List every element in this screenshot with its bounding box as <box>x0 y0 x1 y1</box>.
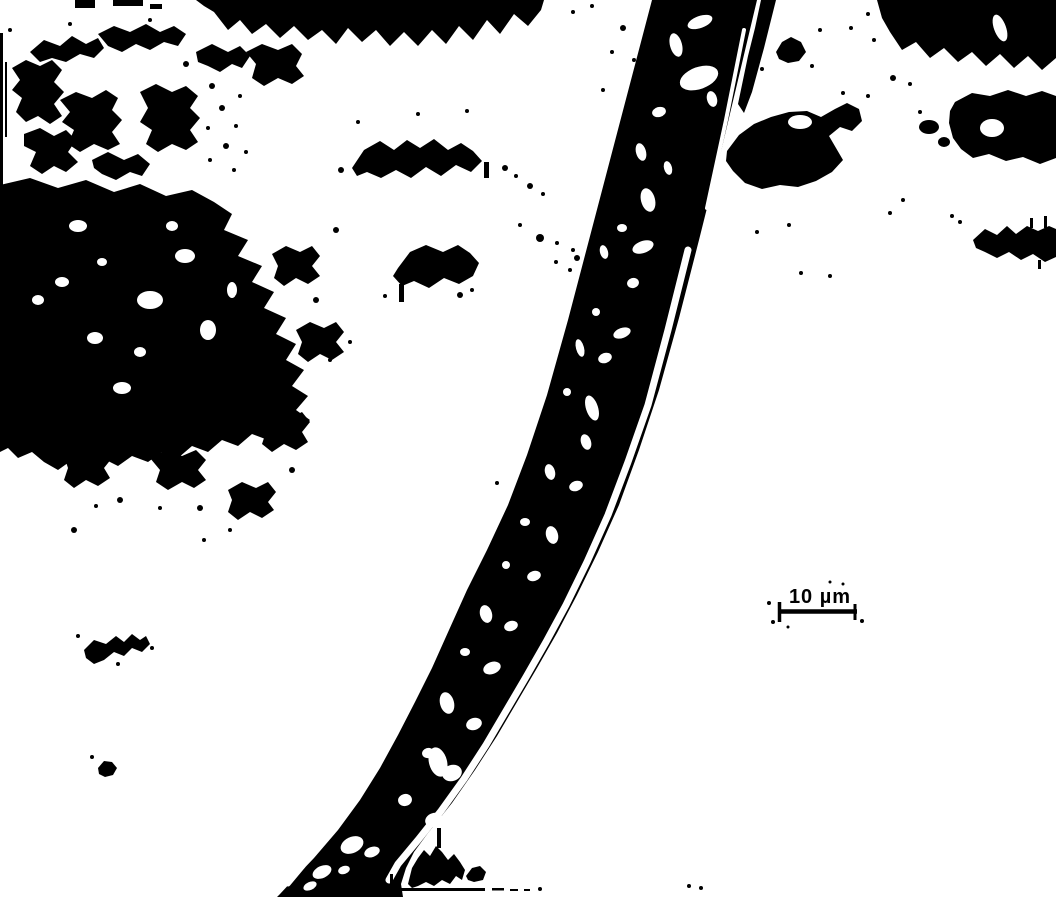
topright-blob2-hole <box>980 119 1004 137</box>
topleft-blob <box>92 152 150 180</box>
rightedge-blob <box>973 226 1056 262</box>
topright-blob2-specks <box>918 110 922 114</box>
blob-above-crescent <box>776 37 806 63</box>
scale-bar-label: 10 µm <box>789 586 851 608</box>
mid-blob-upper-ticks <box>484 162 489 178</box>
scale-bar: 10 µm <box>778 586 857 622</box>
micrograph-image: 10 µm <box>0 0 1056 897</box>
debris-fringe <box>228 482 276 520</box>
micrograph-canvas: 10 µm <box>0 0 1056 897</box>
topleft-blob <box>98 24 186 52</box>
small-blob-low <box>98 761 117 777</box>
mid-blob-lower-ticks <box>399 284 404 302</box>
topright-corner-mass <box>877 0 1056 70</box>
topleft-blob <box>196 44 250 72</box>
top-edge-band <box>196 0 544 46</box>
mid-blob-lower <box>393 245 479 288</box>
top-edge-dashes <box>75 0 162 9</box>
mid-blob-upper <box>352 139 482 178</box>
crescent-bite <box>788 115 812 129</box>
rightedge-blob-specks <box>950 214 962 224</box>
debris-fringe <box>262 412 310 452</box>
small-blob-low-speck <box>90 755 94 759</box>
debris-fringe <box>150 450 206 490</box>
topleft-blob <box>246 44 304 86</box>
topleft-blob <box>12 60 64 124</box>
debris-fringe <box>272 246 320 286</box>
debris-fringe <box>64 448 112 488</box>
fiber-body <box>277 0 757 897</box>
crescent-blob <box>726 103 862 189</box>
debris-fringe <box>296 322 344 362</box>
topleft-blob <box>24 128 78 174</box>
topleft-blob <box>140 84 200 152</box>
crescent-specks <box>755 198 905 278</box>
micrograph-shapes <box>0 0 1056 897</box>
lowerleft-blob <box>84 634 150 664</box>
mid-blob-lower-specks <box>383 288 474 298</box>
topright-blob2-satellites <box>919 120 950 147</box>
bottom-cluster-bump <box>466 866 486 882</box>
bottom-cluster <box>408 846 465 888</box>
debris-mass <box>0 178 310 470</box>
topleft-blob <box>30 36 104 62</box>
